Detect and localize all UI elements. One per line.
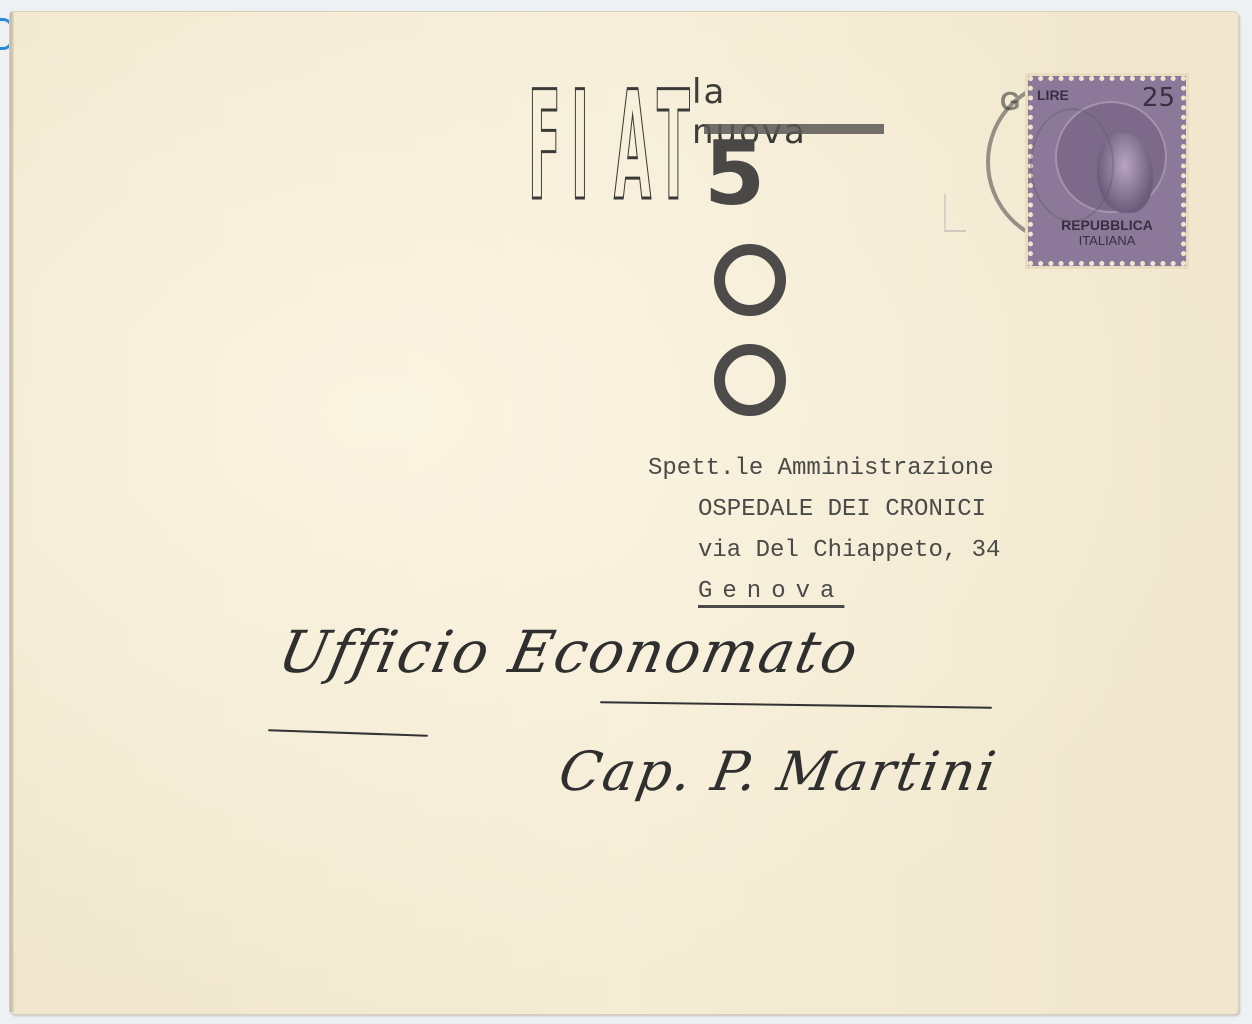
fiat-letter: A (614, 72, 626, 222)
fiat-letter: F (528, 72, 540, 222)
handwritten-signature: Cap. P. Martini (554, 740, 1002, 803)
stamp-value: 25 (1142, 83, 1175, 113)
recipient-address: Spett.le Amministrazione OSPEDALE DEI CR… (648, 448, 1000, 612)
address-city: Genova (698, 578, 844, 605)
postmark-inner-ring (1030, 108, 1114, 222)
envelope-edge-shadow (10, 12, 14, 1012)
address-line-1: Spett.le Amministrazione (648, 448, 1000, 489)
fiat-letter: T (657, 72, 669, 222)
fiat-letter: I (571, 72, 583, 222)
address-line-2: OSPEDALE DEI CRONICI (648, 489, 1000, 530)
digit-zero (714, 244, 786, 316)
handwritten-office: Ufficio Economato (273, 618, 866, 686)
stamp-country-line1: REPUBBLICA (1033, 217, 1181, 233)
stamp-country-line2: ITALIANA (1033, 233, 1181, 248)
fiat-logo: F I A T (528, 72, 695, 222)
model-number: 5 (704, 124, 786, 424)
digit-zero (714, 344, 786, 416)
digit-five: 5 (704, 122, 775, 225)
stamp-currency: LIRE (1037, 87, 1069, 103)
address-line-3: via Del Chiappeto, 34 (648, 530, 1000, 571)
faint-cancel-mark (944, 194, 966, 232)
